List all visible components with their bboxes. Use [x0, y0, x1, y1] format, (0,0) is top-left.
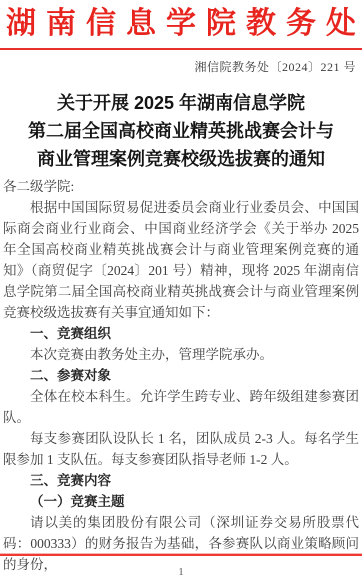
document-number: 湘信院教务处〔2024〕221 号 — [0, 59, 362, 75]
subsection-heading-3-1: （一）竞赛主题 — [3, 491, 359, 512]
salutation: 各二级学院: — [3, 176, 359, 197]
document-page: 湖南信息学院教务处 湘信院教务处〔2024〕221 号 关于开展 2025 年湖… — [0, 0, 362, 587]
section-2-paragraph-1: 全体在校本科生。允许学生跨专业、跨年级组建参赛团队。 — [3, 386, 359, 428]
section-1-paragraph: 本次竞赛由教务处主办，管理学院承办。 — [3, 344, 359, 365]
footer-red-separator-line — [0, 553, 362, 556]
section-heading-2: 二、参赛对象 — [3, 365, 359, 386]
notice-title: 关于开展 2025 年湖南信息学院 第二届全国高校商业精英挑战赛会计与 商业管理… — [0, 89, 362, 173]
section-heading-1: 一、竞赛组织 — [3, 323, 359, 344]
notice-title-line-1: 关于开展 2025 年湖南信息学院 — [0, 89, 362, 117]
document-body: 各二级学院: 根据中国国际贸易促进委员会商业行业委员会、中国国际商会商业行业商会… — [0, 176, 362, 575]
page-number: 1 — [0, 565, 362, 579]
section-2-paragraph-2: 每支参赛团队设队长 1 名，团队成员 2-3 人。每名学生限参加 1 支队伍。每… — [3, 428, 359, 470]
header-red-separator-line — [0, 48, 362, 50]
notice-title-line-2: 第二届全国高校商业精英挑战赛会计与 — [0, 117, 362, 145]
masthead-title: 湖南信息学院教务处 — [0, 3, 362, 45]
section-heading-3: 三、竞赛内容 — [3, 470, 359, 491]
intro-paragraph: 根据中国国际贸易促进委员会商业行业委员会、中国国际商会商业行业商会、中国商业经济… — [3, 197, 359, 323]
notice-title-line-3: 商业管理案例竞赛校级选拔赛的通知 — [0, 145, 362, 173]
